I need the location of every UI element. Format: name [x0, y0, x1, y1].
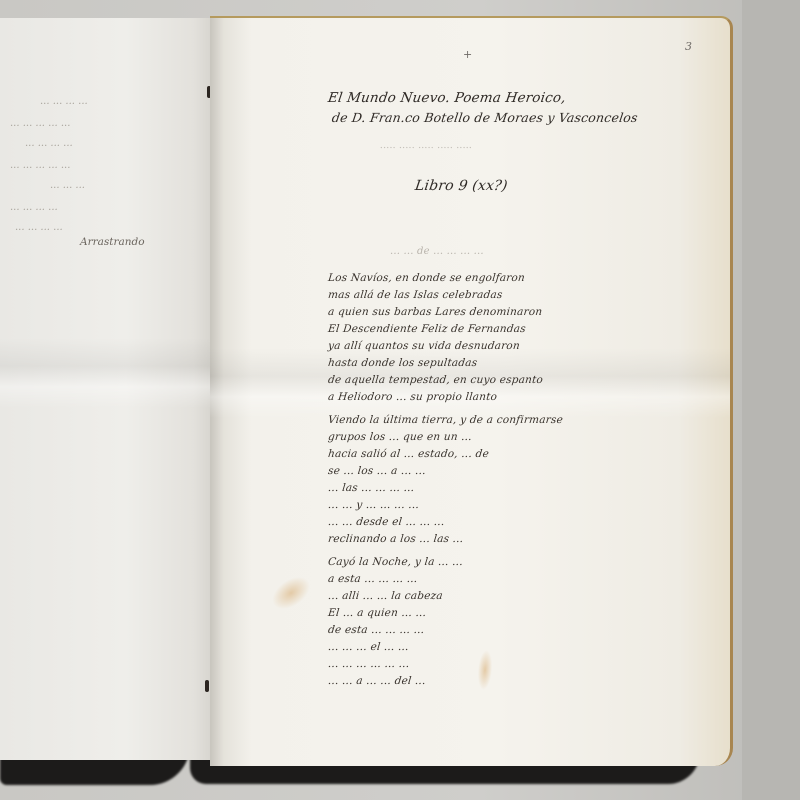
heading-line-1: El Mundo Nuevo. Poema Heroico, — [327, 90, 567, 106]
verse-line: mas allá de las Islas celebradas — [327, 287, 503, 304]
bleed-through-line: ... ... ... ... ... — [10, 160, 70, 171]
verse-line: hasta donde los sepultadas — [327, 355, 478, 372]
bleed-through-line: ... ... ... ... — [40, 96, 88, 107]
verse-line: ya allí quantos su vida desnudaron — [327, 338, 521, 355]
binding-stitch — [205, 680, 209, 692]
bleed-through-line: ... ... ... — [50, 180, 85, 191]
faint-line: ... ... de ... ... ... ... — [390, 246, 484, 257]
verse-line: Viendo la última tierra, y de a confirma… — [327, 412, 564, 429]
book-title: Libro 9 (xx?) — [414, 178, 509, 194]
verse-line: de aquella tempestad, en cuyo espanto — [327, 372, 544, 389]
verse-line: ... ... ... ... ... ... — [327, 656, 410, 673]
page-number: 3 — [685, 40, 692, 53]
verse-line: ... ... desde el ... ... ... — [327, 514, 445, 531]
verse-line: El ... a quien ... ... — [327, 605, 427, 622]
bleed-through-line: ... ... ... ... — [25, 138, 73, 149]
verse-line: Los Navíos, en donde se engolfaron — [327, 270, 526, 287]
verse-line: reclinando a los ... las ... — [327, 531, 464, 548]
bleed-through-line: ... ... ... ... ... — [10, 118, 70, 129]
verse-line: ... las ... ... ... ... — [327, 480, 415, 497]
verse-line: grupos los ... que en un ... — [327, 429, 473, 446]
verse-line: Cayó la Noche, y la ... ... — [327, 554, 464, 571]
bleed-through-line: ... ... ... ... — [10, 202, 58, 213]
bleed-through-line: ..... ..... ..... ..... ..... — [379, 140, 472, 151]
verse-line: a quien sus barbas Lares denominaron — [327, 304, 543, 321]
background-surface — [742, 0, 800, 800]
left-page: ... ... ... ... ... ... ... ... ... ... … — [0, 18, 210, 760]
paper-fold — [0, 338, 210, 408]
right-page: 3 + El Mundo Nuevo. Poema Heroico, de D.… — [210, 16, 733, 766]
verse-line: a Heliodoro ... su propio llanto — [327, 389, 498, 406]
verse-line: hacia salió al ... estado, ... de — [327, 446, 490, 463]
heading-line-2: de D. Fran.co Botello de Moraes y Vascon… — [331, 110, 639, 125]
verse-line: se ... los ... a ... ... — [327, 463, 427, 480]
verse-line: ... ... a ... ... del ... — [327, 673, 426, 690]
verse-line: ... alli ... ... la cabeza — [327, 588, 444, 605]
verse-line: de esta ... ... ... ... — [327, 622, 425, 639]
verse-line: a esta ... ... ... ... — [327, 571, 418, 588]
verse-line: ... ... y ... ... ... ... — [327, 497, 420, 514]
folio-mark: + — [463, 48, 472, 61]
verse-line: El Descendiente Feliz de Fernandas — [327, 321, 527, 338]
bleed-through-line: ... ... ... ... — [15, 222, 63, 233]
verse-line: ... ... ... el ... ... — [327, 639, 410, 656]
catchword: Arrastrando — [80, 236, 145, 248]
